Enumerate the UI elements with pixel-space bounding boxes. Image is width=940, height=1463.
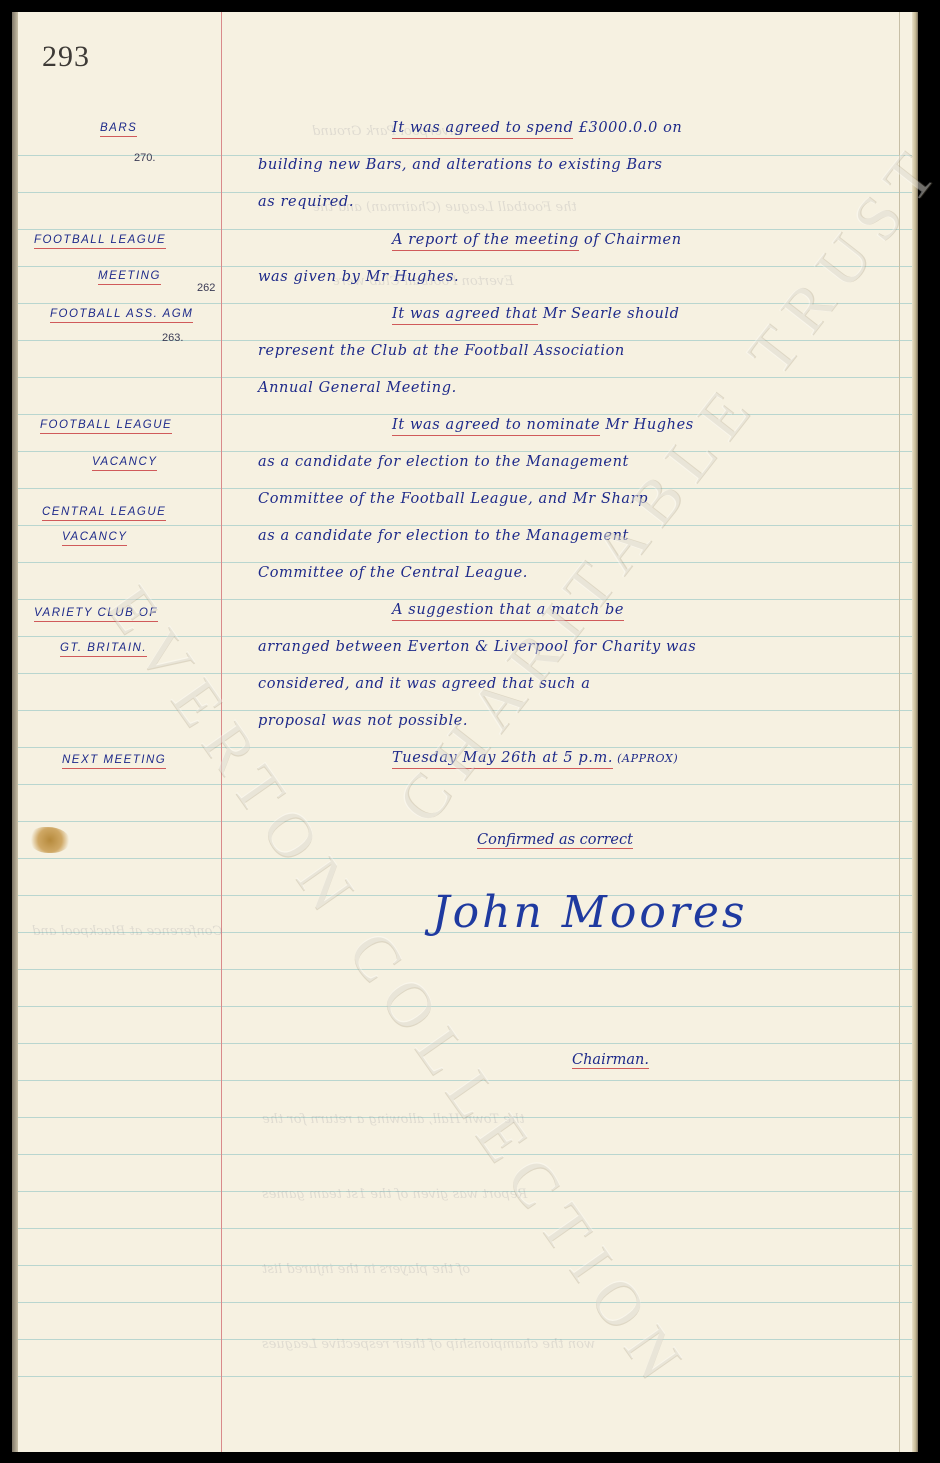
watermark-line-1: EVERTON COLLECTION xyxy=(91,572,704,1404)
minute-line: arranged between Everton & Liverpool for… xyxy=(258,639,696,655)
side-heading-meeting: MEETING xyxy=(98,270,161,282)
minute-line: Committee of the Football League, and Mr… xyxy=(258,491,648,507)
minute-line: as a candidate for election to the Manag… xyxy=(258,454,629,470)
page-number: 293 xyxy=(42,40,90,74)
minute-line: as a candidate for election to the Manag… xyxy=(258,528,629,544)
side-heading-central-league: CENTRAL LEAGUE xyxy=(42,506,166,518)
signatory-title: Chairman. xyxy=(572,1052,649,1068)
page-binding xyxy=(12,12,18,1452)
margin-rule xyxy=(221,12,222,1452)
minute-line: was given by Mr Hughes. xyxy=(258,269,459,285)
side-heading-gt-britain: GT. BRITAIN. xyxy=(60,642,147,654)
side-heading-next-meeting: NEXT MEETING xyxy=(62,754,166,766)
minute-line: It was agreed to spend £3000.0.0 on xyxy=(392,120,682,136)
minute-line: as required. xyxy=(258,194,354,210)
minute-line: considered, and it was agreed that such … xyxy=(258,676,590,692)
side-heading-bars: BARS xyxy=(100,122,137,134)
side-ref: 263. xyxy=(162,332,183,344)
next-meeting-line: Tuesday May 26th at 5 p.m. (APPROX) xyxy=(392,750,678,766)
minute-line: A suggestion that a match be xyxy=(392,602,624,618)
side-heading-vacancy: VACANCY xyxy=(92,456,157,468)
minute-line: A report of the meeting of Chairmen xyxy=(392,232,682,248)
page-edge xyxy=(912,12,918,1452)
side-heading-football-ass-agm: FOOTBALL ASS. AGM xyxy=(50,308,193,320)
chairman-signature: John Moores xyxy=(432,887,747,938)
side-heading-football-league-vacancy: FOOTBALL LEAGUE xyxy=(40,419,172,431)
page-fold xyxy=(899,12,900,1452)
minute-line: represent the Club at the Football Assoc… xyxy=(258,343,625,359)
minute-line: Committee of the Central League. xyxy=(258,565,528,581)
paper-stain xyxy=(30,827,70,853)
minute-line: Annual General Meeting. xyxy=(258,380,457,396)
minute-line: proposal was not possible. xyxy=(258,713,468,729)
minute-line: building new Bars, and alterations to ex… xyxy=(258,157,663,173)
side-heading-vacancy-2: VACANCY xyxy=(62,531,127,543)
minute-line: It was agreed that Mr Searle should xyxy=(392,306,680,322)
side-heading-variety-club: VARIETY CLUB OF xyxy=(34,607,158,619)
side-heading-football-league: FOOTBALL LEAGUE xyxy=(34,234,166,246)
confirmed-note: Confirmed as correct xyxy=(477,832,633,848)
ledger-page: 293 Liverpool Park Ground the Football L… xyxy=(12,12,918,1452)
side-ref: 262 xyxy=(197,282,215,294)
minute-line: It was agreed to nominate Mr Hughes xyxy=(392,417,694,433)
side-ref: 270. xyxy=(134,152,155,164)
